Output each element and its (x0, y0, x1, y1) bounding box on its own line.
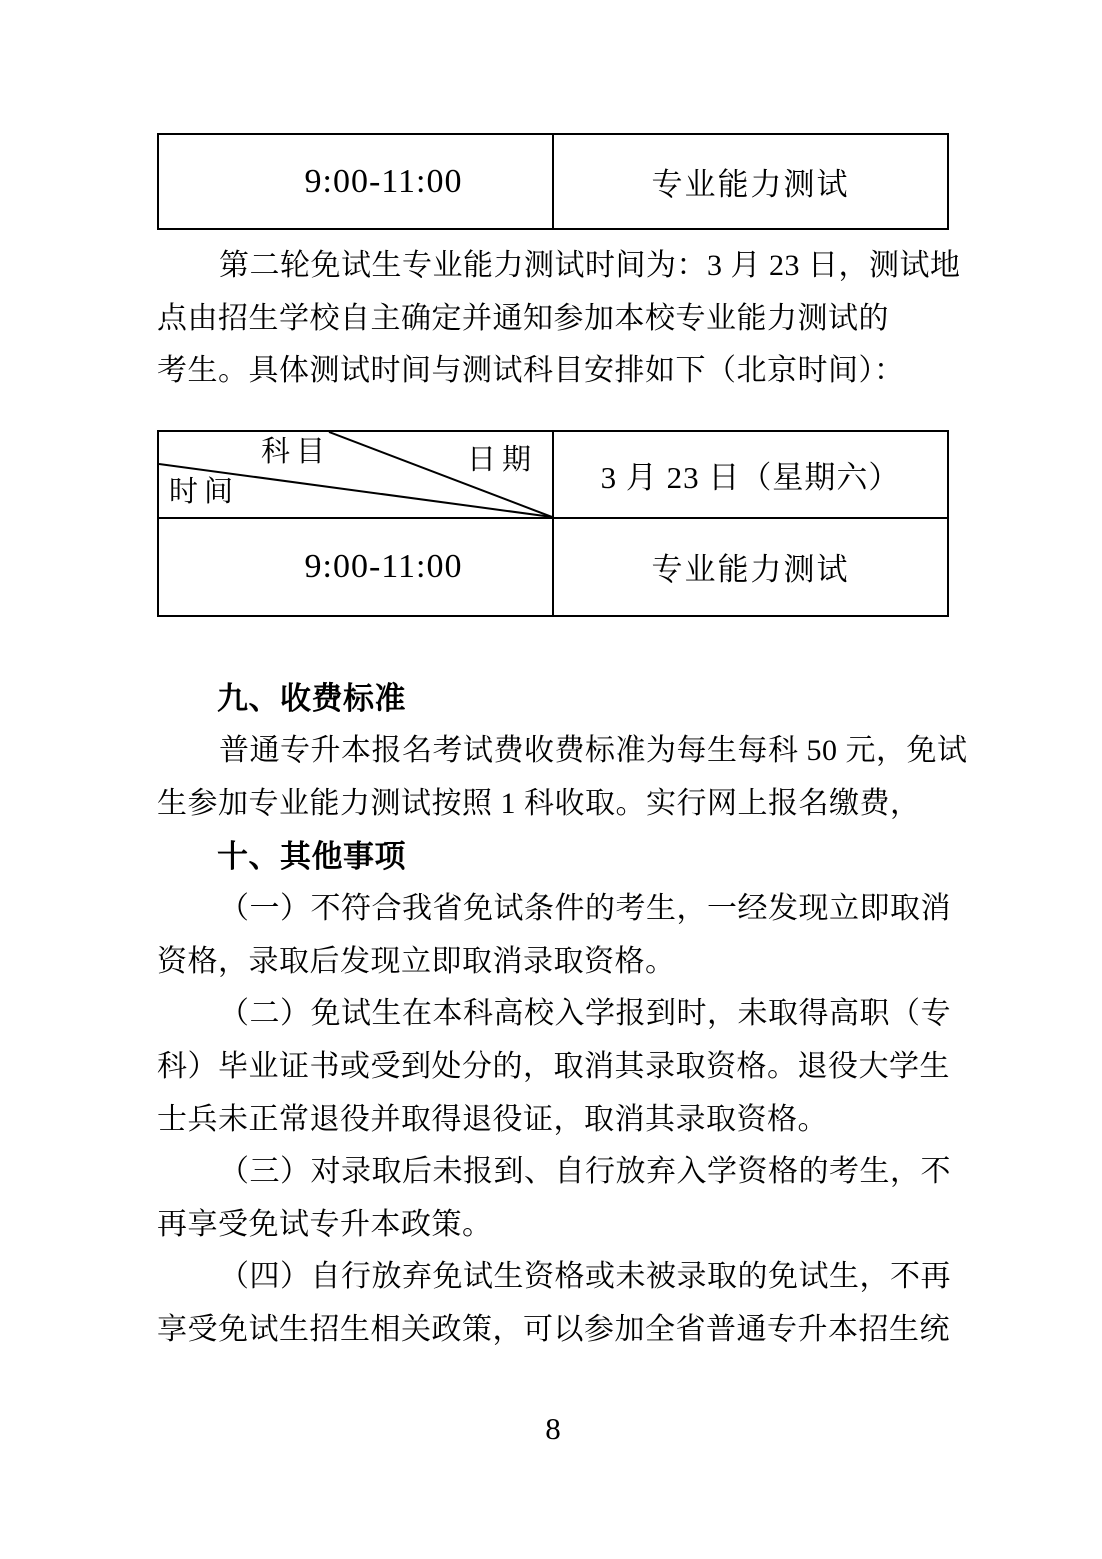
exam-schedule-table-round1-partial: 9:00-11:00 专业能力测试 (157, 133, 949, 230)
other-item-2: （二）免试生在本科高校入学报到时，未取得高职（专科）毕业证书或受到处分的，取消其… (157, 988, 949, 1146)
other-item-1: （一）不符合我省免试条件的考生，一经发现立即取消资格，录取后发现立即取消录取资格… (157, 883, 949, 988)
text-line: 考生。具体测试时间与测试科目安排如下（北京时间）： (157, 345, 949, 398)
text-line: （二）免试生在本科高校入学报到时，未取得高职（专 (157, 988, 949, 1041)
document-page: 9:00-11:00 专业能力测试 第二轮免试生专业能力测试时间为：3 月 23… (0, 0, 1102, 1559)
corner-subject-label: 科目 (261, 438, 331, 467)
text-line: （一）不符合我省免试条件的考生，一经发现立即取消 (157, 883, 949, 936)
page-number: 8 (157, 1403, 949, 1456)
other-item-3: （三）对录取后未报到、自行放弃入学资格的考生，不再享受免试专升本政策。 (157, 1146, 949, 1251)
diagonal-header-cell: 科目 日期 时间 (159, 432, 554, 517)
intro-paragraph: 第二轮免试生专业能力测试时间为：3 月 23 日，测试地点由招生学校自主确定并通… (157, 240, 949, 398)
text-line: 资格，录取后发现立即取消录取资格。 (157, 936, 949, 989)
date-header-value: 3 月 23 日（星期六） (601, 452, 901, 497)
subject-cell: 专业能力测试 (554, 519, 947, 615)
time-cell: 9:00-11:00 (159, 519, 554, 615)
time-value: 9:00-11:00 (305, 548, 463, 586)
text-line: 科）毕业证书或受到处分的，取消其录取资格。退役大学生 (157, 1041, 949, 1094)
document-content: 9:00-11:00 专业能力测试 第二轮免试生专业能力测试时间为：3 月 23… (157, 133, 949, 1455)
table-row: 9:00-11:00 专业能力测试 (159, 517, 947, 615)
time-value: 9:00-11:00 (305, 163, 463, 201)
text-line: 再享受免试专升本政策。 (157, 1199, 949, 1252)
subject-value: 专业能力测试 (652, 544, 850, 589)
subject-value: 专业能力测试 (652, 159, 850, 204)
table-row: 9:00-11:00 专业能力测试 (159, 135, 947, 228)
other-item-4: （四）自行放弃免试生资格或未被录取的免试生，不再享受免试生招生相关政策，可以参加… (157, 1251, 949, 1356)
text-line: 士兵未正常退役并取得退役证，取消其录取资格。 (157, 1094, 949, 1147)
date-header-cell: 3 月 23 日（星期六） (554, 432, 947, 517)
exam-schedule-table-round2: 科目 日期 时间 3 月 23 日（星期六） 9:00-11:00 专业能力测试 (157, 430, 949, 617)
section-heading-fees: 九、收费标准 (157, 673, 949, 726)
text-line: 第二轮免试生专业能力测试时间为：3 月 23 日，测试地 (157, 240, 949, 293)
table-header-row: 科目 日期 时间 3 月 23 日（星期六） (159, 432, 947, 517)
subject-cell: 专业能力测试 (554, 135, 947, 228)
corner-time-label: 时间 (169, 478, 239, 507)
corner-date-label: 日期 (467, 446, 537, 475)
section-heading-other: 十、其他事项 (157, 831, 949, 884)
text-line: 享受免试生招生相关政策，可以参加全省普通专升本招生统 (157, 1304, 949, 1357)
text-line: （三）对录取后未报到、自行放弃入学资格的考生，不 (157, 1146, 949, 1199)
text-line: 点由招生学校自主确定并通知参加本校专业能力测试的 (157, 293, 949, 346)
text-line: 生参加专业能力测试按照 1 科收取。实行网上报名缴费， (157, 778, 949, 831)
fees-paragraph: 普通专升本报名考试费收费标准为每生每科 50 元，免试生参加专业能力测试按照 1… (157, 725, 949, 830)
time-cell: 9:00-11:00 (159, 135, 554, 228)
text-line: （四）自行放弃免试生资格或未被录取的免试生，不再 (157, 1251, 949, 1304)
text-line: 普通专升本报名考试费收费标准为每生每科 50 元，免试 (157, 725, 949, 778)
